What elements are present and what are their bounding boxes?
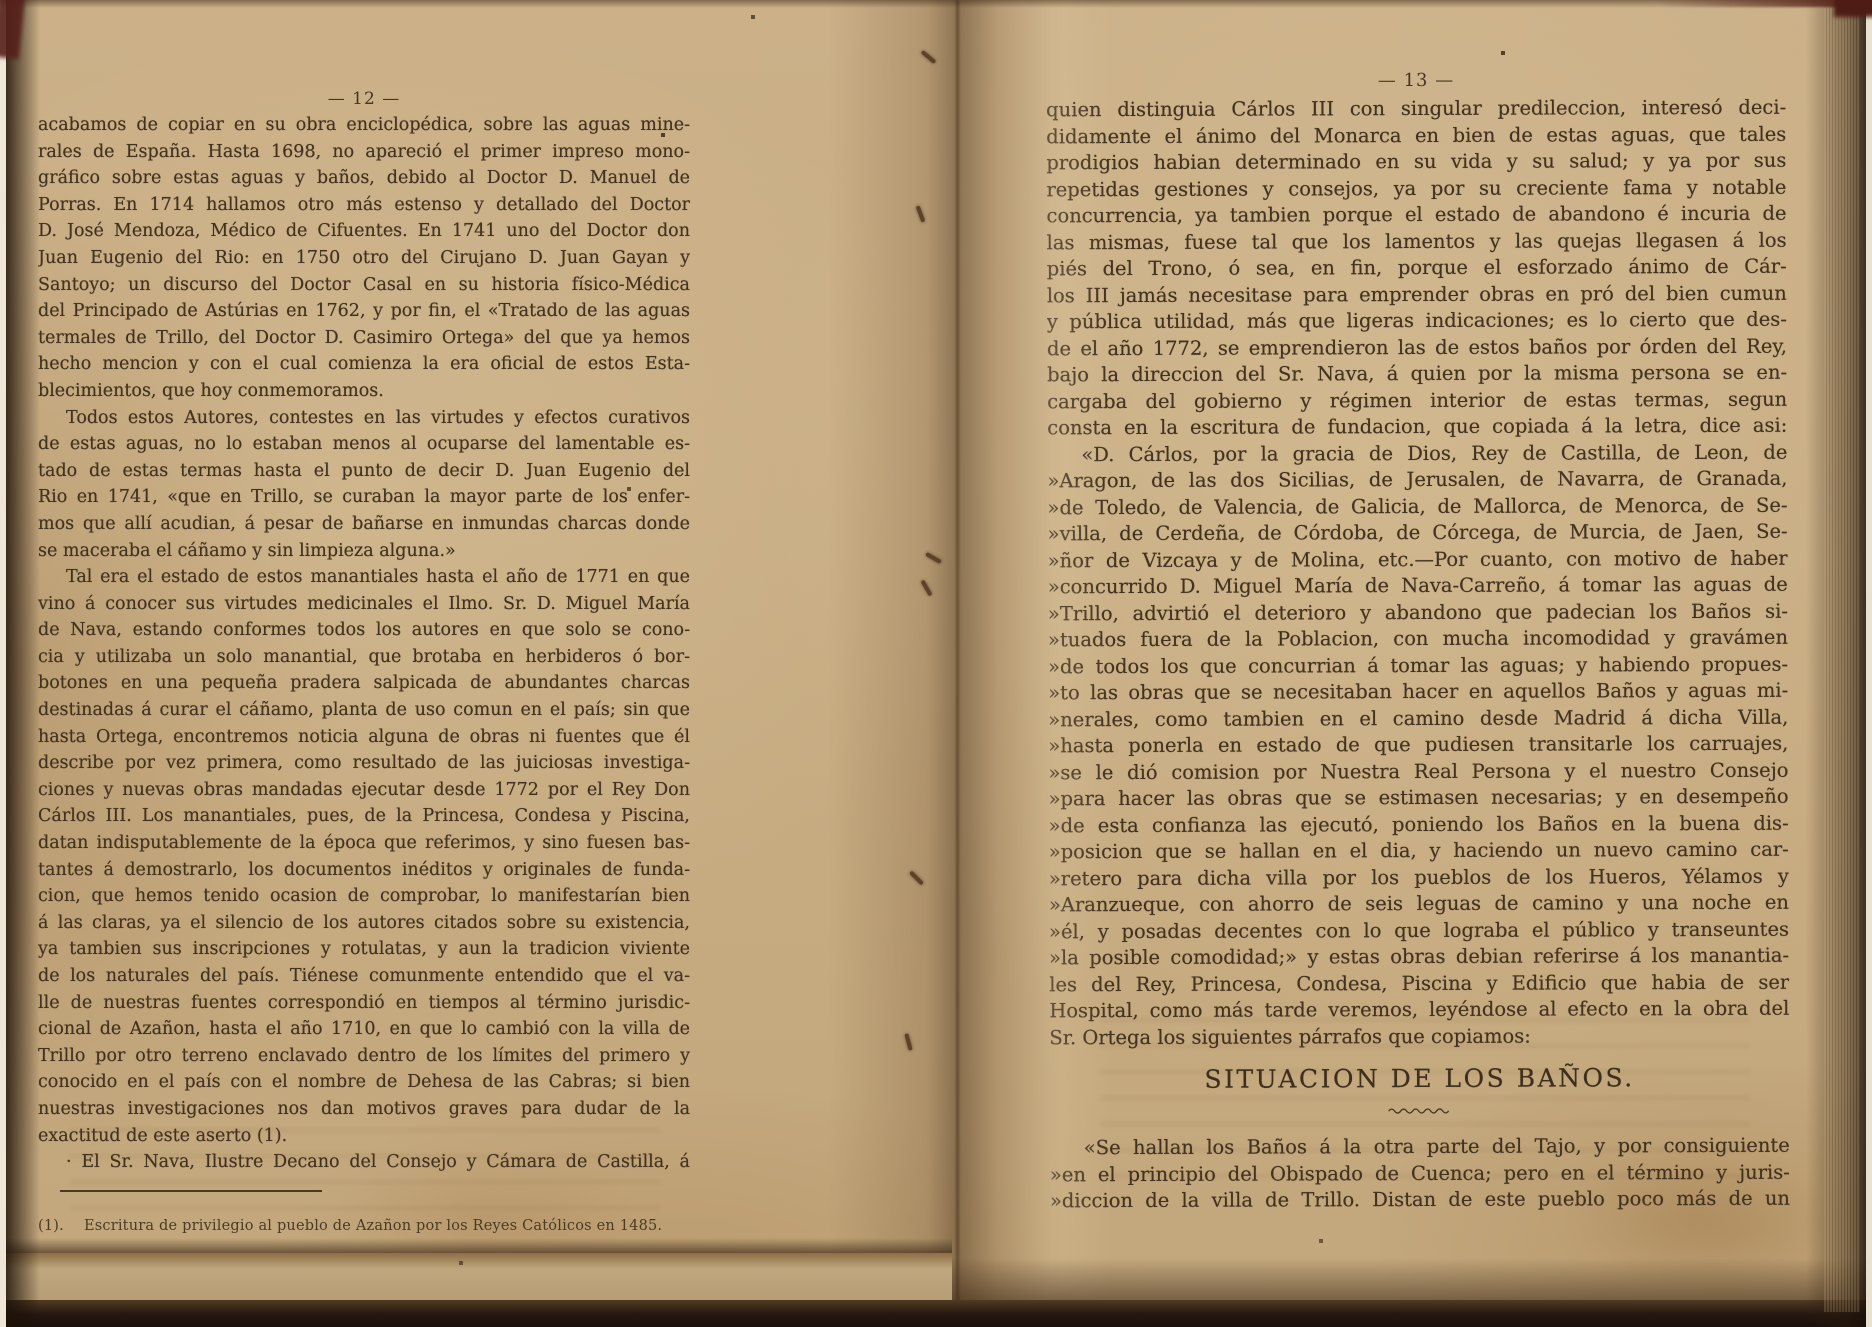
text-line: »Trillo, advirtió el deterioro y abandon… — [1048, 598, 1788, 627]
text-line: cia y utilizaba un solo manantial, que b… — [38, 644, 690, 671]
text-line: cion, que hemos tenido ocasion de compro… — [38, 883, 690, 910]
text-line: exactitud de este aserto (1). — [38, 1123, 690, 1150]
text-line: Hospital, como más tarde veremos, leyénd… — [1049, 996, 1789, 1025]
heading-flourish-icon — [1050, 1097, 1790, 1112]
footnote-marker: (1). — [38, 1218, 64, 1234]
text-line: termales de Trillo, del Doctor D. Casimi… — [38, 325, 690, 352]
page-13: — 13 — quien distinguia Cárlos III con s… — [1046, 65, 1790, 1215]
text-line: Tal era el estado de estos manantiales h… — [38, 564, 690, 591]
text-line: «Se hallan los Baños á la otra parte del… — [1050, 1133, 1790, 1162]
text-line: cargaba del gobierno y régimen interior … — [1047, 386, 1787, 415]
text-line: »posicion que se hallan en el dia, y hac… — [1049, 837, 1789, 866]
text-line: »hasta ponerla en estado de que pudiesen… — [1048, 731, 1788, 760]
text-line: · El Sr. Nava, Ilustre Decano del Consej… — [38, 1149, 690, 1176]
text-line: y pública utilidad, más que ligeras indi… — [1047, 307, 1787, 336]
text-line: Cárlos III. Los manantiales, pues, de la… — [38, 803, 690, 830]
text-line: »Aragon, de las dos Sicilias, de Jerusal… — [1047, 466, 1787, 495]
text-line: »ñor de Vizcaya y de Molina, etc.—Por cu… — [1048, 545, 1788, 574]
text-line: »villa, de Cerdeña, de Córdoba, de Córce… — [1048, 519, 1788, 548]
text-line: de el año 1772, se emprendieron las de e… — [1047, 333, 1787, 362]
text-line: hasta Ortega, encontremos noticia alguna… — [38, 724, 690, 751]
text-line: »se le dió comision por Nuestra Real Per… — [1048, 757, 1788, 786]
binding-crease — [956, 0, 959, 1327]
text-line: de Nava, estando conformes todos los aut… — [38, 617, 690, 644]
text-line: Sr. Ortega los siguientes párrafos que c… — [1049, 1022, 1789, 1051]
footnote-rule — [60, 1190, 322, 1192]
text-line: Porras. En 1714 hallamos otro más estens… — [38, 192, 690, 219]
text-line: nuestras investigaciones nos dan motivos… — [38, 1096, 690, 1123]
text-line: repetidas gestiones y consejos, ya por s… — [1046, 174, 1786, 203]
text-line: Juan Eugenio del Rio: en 1750 otro del C… — [38, 245, 690, 272]
stacked-page-edges — [1824, 8, 1860, 1312]
text-line: rales de España. Hasta 1698, no apareció… — [38, 139, 690, 166]
text-line: »nerales, como tambien en el camino desd… — [1048, 704, 1788, 733]
book-scan-spread: — 12 — acabamos de copiar en su obra enc… — [0, 0, 1872, 1327]
text-line: botones en una pequeña pradera salpicada… — [38, 670, 690, 697]
footnote-text: Escritura de privilegio al pueblo de Aza… — [84, 1218, 662, 1234]
page-12-text: acabamos de copiar en su obra enciclopéd… — [38, 112, 690, 1176]
text-line: tado de estas termas hasta el punto de d… — [38, 458, 690, 485]
text-line: hecho mencion y con el cual comienza la … — [38, 351, 690, 378]
text-line: prodigios habian determinado en su vida … — [1046, 148, 1786, 177]
text-line: Todos estos Autores, contestes en las vi… — [38, 405, 690, 432]
text-line: ciones y nuevas obras mandadas ejecutar … — [38, 777, 690, 804]
text-line: de los naturales del país. Tiénese comun… — [38, 963, 690, 990]
text-line: «D. Cárlos, por la gracia de Dios, Rey d… — [1047, 439, 1787, 468]
text-line: de estas aguas, no lo estaban menos al o… — [38, 431, 690, 458]
text-line: los III jamás necesitase para emprender … — [1047, 280, 1787, 309]
text-line: mos que allí acudian, á pesar de bañarse… — [38, 511, 690, 538]
text-line: »de esta confianza las ejecutó, poniendo… — [1049, 810, 1789, 839]
text-line: les del Rey, Princesa, Condesa, Piscina … — [1049, 969, 1789, 998]
text-line: concurrencia, ya tambien porque el estad… — [1046, 201, 1786, 230]
corner-mark-top-right — [1834, 0, 1872, 17]
scan-bottom-band — [0, 1300, 1872, 1327]
page-13-text-top: quien distinguia Cárlos III con singular… — [1046, 95, 1789, 1052]
text-line: »retero para dicha villa por los pueblos… — [1049, 863, 1789, 892]
text-line: blecimientos, que hoy conmemoramos. — [38, 378, 690, 405]
text-line: »concurrido D. Miguel María de Nava-Carr… — [1048, 572, 1788, 601]
page-13-text-bottom: «Se hallan los Baños á la otra parte del… — [1050, 1133, 1790, 1215]
text-line: »en el principio del Obispado de Cuenca;… — [1050, 1159, 1790, 1188]
text-line: datan indisputablemente de la época que … — [38, 830, 690, 857]
text-line: »de todos los que concurrian á tomar las… — [1048, 651, 1788, 680]
text-line: las mismas, fuese tal que los lamentos y… — [1047, 227, 1787, 256]
text-line: tantes á demostrarlo, los documentos iné… — [38, 857, 690, 884]
text-line: piés del Trono, ó sea, en fin, porque el… — [1047, 254, 1787, 283]
text-line: á las claras, ya el silencio de los auto… — [38, 910, 690, 937]
top-edge-shadow — [0, 0, 1872, 8]
text-line: lle de nuestras fuentes correspondió en … — [38, 990, 690, 1017]
text-line: cional de Azañon, hasta el año 1710, en … — [38, 1016, 690, 1043]
page-bottom-shadow — [952, 1258, 1872, 1302]
text-line: »diccion de la villa de Trillo. Distan d… — [1050, 1186, 1790, 1215]
text-line: consta en la escritura de fundacion, que… — [1047, 413, 1787, 442]
text-line: »tuados fuera de la Poblacion, con mucha… — [1048, 625, 1788, 654]
text-line: Santoyo; un discurso del Doctor Casal en… — [38, 272, 690, 299]
footnote: (1).Escritura de privilegio al pueblo de… — [38, 1218, 690, 1234]
text-line: vino á conocer sus virtudes medicinales … — [38, 591, 690, 618]
page-curl-highlight — [1002, 0, 1112, 1327]
text-line: se maceraba el cáñamo y sin limpieza alg… — [38, 538, 690, 565]
scan-specks — [0, 0, 2, 2]
page-number-right: — 13 — — [1046, 65, 1786, 98]
text-line: D. José Mendoza, Médico de Cifuentes. En… — [38, 218, 690, 245]
scan-margin-left — [0, 0, 6, 1327]
text-line: Rio en 1741, «que en Trillo, se curaban … — [38, 484, 690, 511]
text-line: bajo la direccion del Sr. Nava, á quien … — [1047, 360, 1787, 389]
text-line: del Principado de Astúrias en 1762, y po… — [38, 298, 690, 325]
left-edge-shadow — [4, 0, 40, 1327]
text-line: conocido en el país con el nombre de Deh… — [38, 1069, 690, 1096]
text-line: »para hacer las obras que se estimasen n… — [1049, 784, 1789, 813]
text-line: gráfico sobre estas aguas y baños, debid… — [38, 165, 690, 192]
text-line: Trillo por otro terreno enclavado dentro… — [38, 1043, 690, 1070]
scan-margin-right — [1866, 0, 1872, 1327]
text-line: »de Toledo, de Valencia, de Galicia, de … — [1047, 492, 1787, 521]
underlying-page-strip — [0, 1253, 952, 1303]
text-line: acabamos de copiar en su obra enciclopéd… — [38, 112, 690, 139]
text-line: »la posible comodidad;» y estas obras de… — [1049, 943, 1789, 972]
text-line: »Aranzueque, con ahorro de seis leguas d… — [1049, 890, 1789, 919]
text-line: »él, y posadas decentes con lo que logra… — [1049, 916, 1789, 945]
section-heading: SITUACION DE LOS BAÑOS. — [1049, 1063, 1789, 1096]
text-line: destinadas á curar el cáñamo, planta de … — [38, 697, 690, 724]
text-line: »to las obras que se necesitaban hacer e… — [1048, 678, 1788, 707]
page-number-left: — 12 — — [38, 86, 690, 112]
text-line: describe por vez primera, como resultado… — [38, 750, 690, 777]
text-line: didamente el ánimo del Monarca en bien d… — [1046, 121, 1786, 150]
page-12: — 12 — acabamos de copiar en su obra enc… — [38, 86, 690, 1234]
text-line: quien distinguia Cárlos III con singular… — [1046, 95, 1786, 124]
text-line: ya tambien sus inscripciones y rotulatas… — [38, 936, 690, 963]
